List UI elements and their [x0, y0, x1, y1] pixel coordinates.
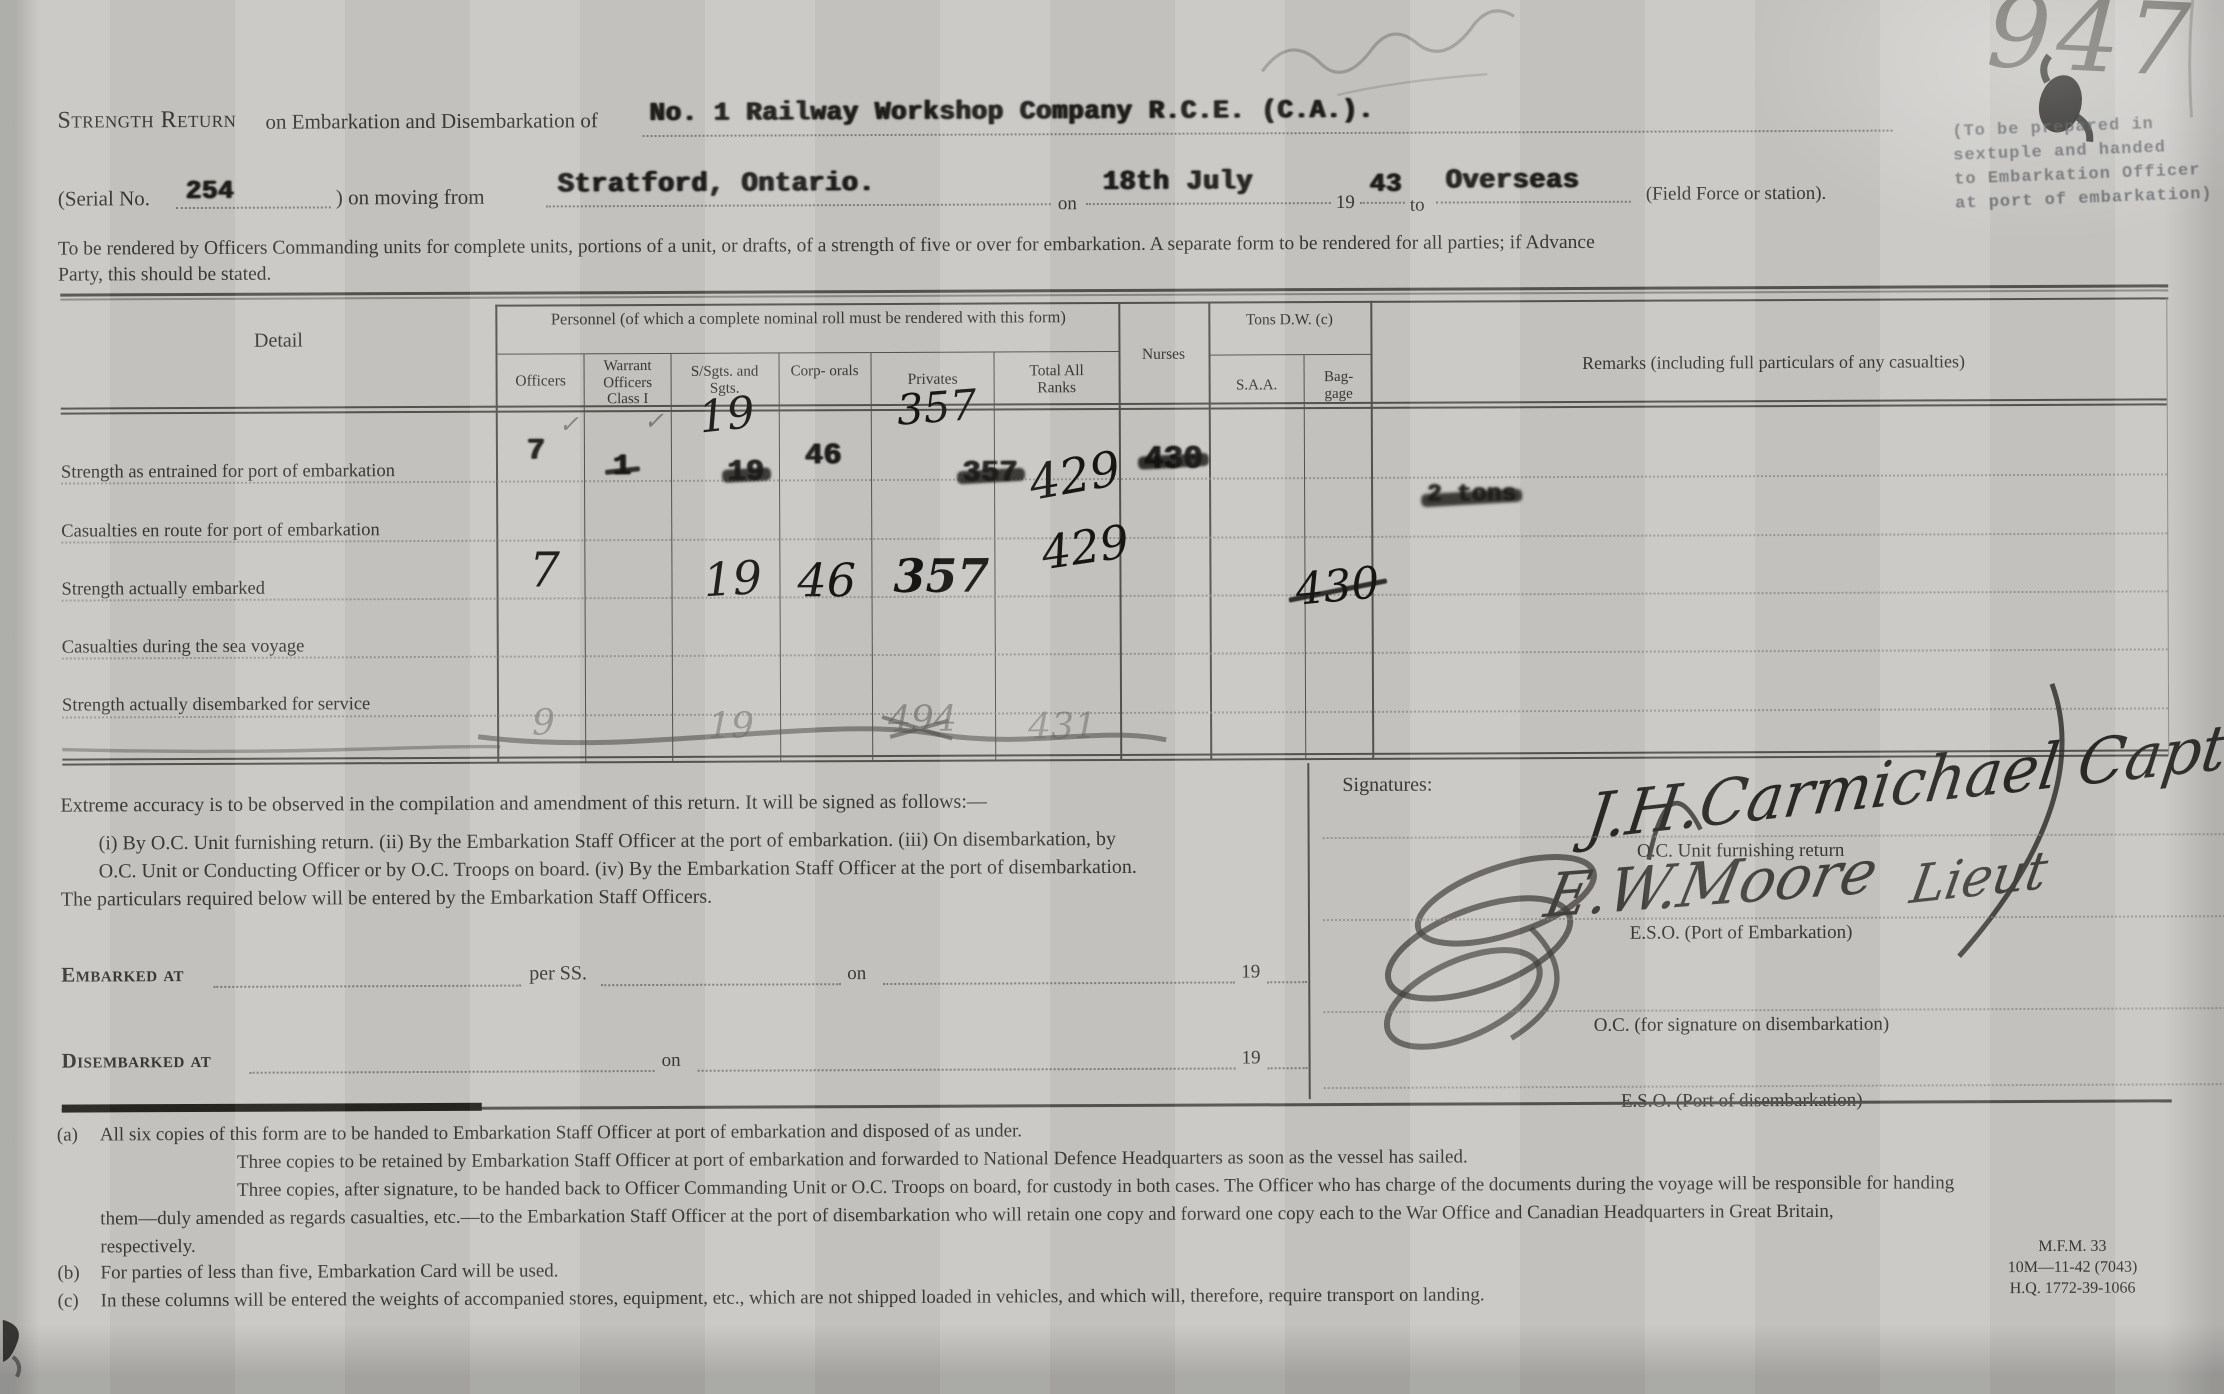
note-b-line: For parties of less than five, Embarkati…: [100, 1260, 558, 1284]
embarked-year: 19: [1241, 961, 1260, 983]
disembarked-at-label: Disembarked at: [62, 1048, 212, 1074]
scanned-form-page: 947 Strength Return on Embarkation and D…: [0, 0, 2224, 1394]
note-b-tag: (b): [57, 1263, 79, 1285]
note-a-line5: respectively.: [100, 1236, 195, 1258]
oc-disembark-label: O.C. (for signature on disembarkation): [1421, 1013, 2061, 1038]
note-c-tag: (c): [58, 1291, 79, 1313]
per-ss-label: per SS.: [529, 962, 587, 985]
disembarked-on-label: on: [662, 1050, 681, 1072]
embarked-at-label: Embarked at: [61, 962, 184, 988]
note-a-tag: (a): [57, 1125, 78, 1147]
note-a-line1: All six copies of this form are to be ha…: [100, 1120, 1022, 1146]
embarked-on-label: on: [847, 963, 866, 985]
disembarked-year-line: [1268, 1067, 1308, 1069]
disembarked-year: 19: [1242, 1047, 1261, 1069]
embarked-year-line: [1267, 981, 1307, 983]
form-reference-block: M.F.M. 33 10M—11-42 (7043) H.Q. 1772-39-…: [1967, 1235, 2177, 1299]
eso-line-label: E.S.O. (Port of Embarkation): [1421, 921, 2061, 946]
